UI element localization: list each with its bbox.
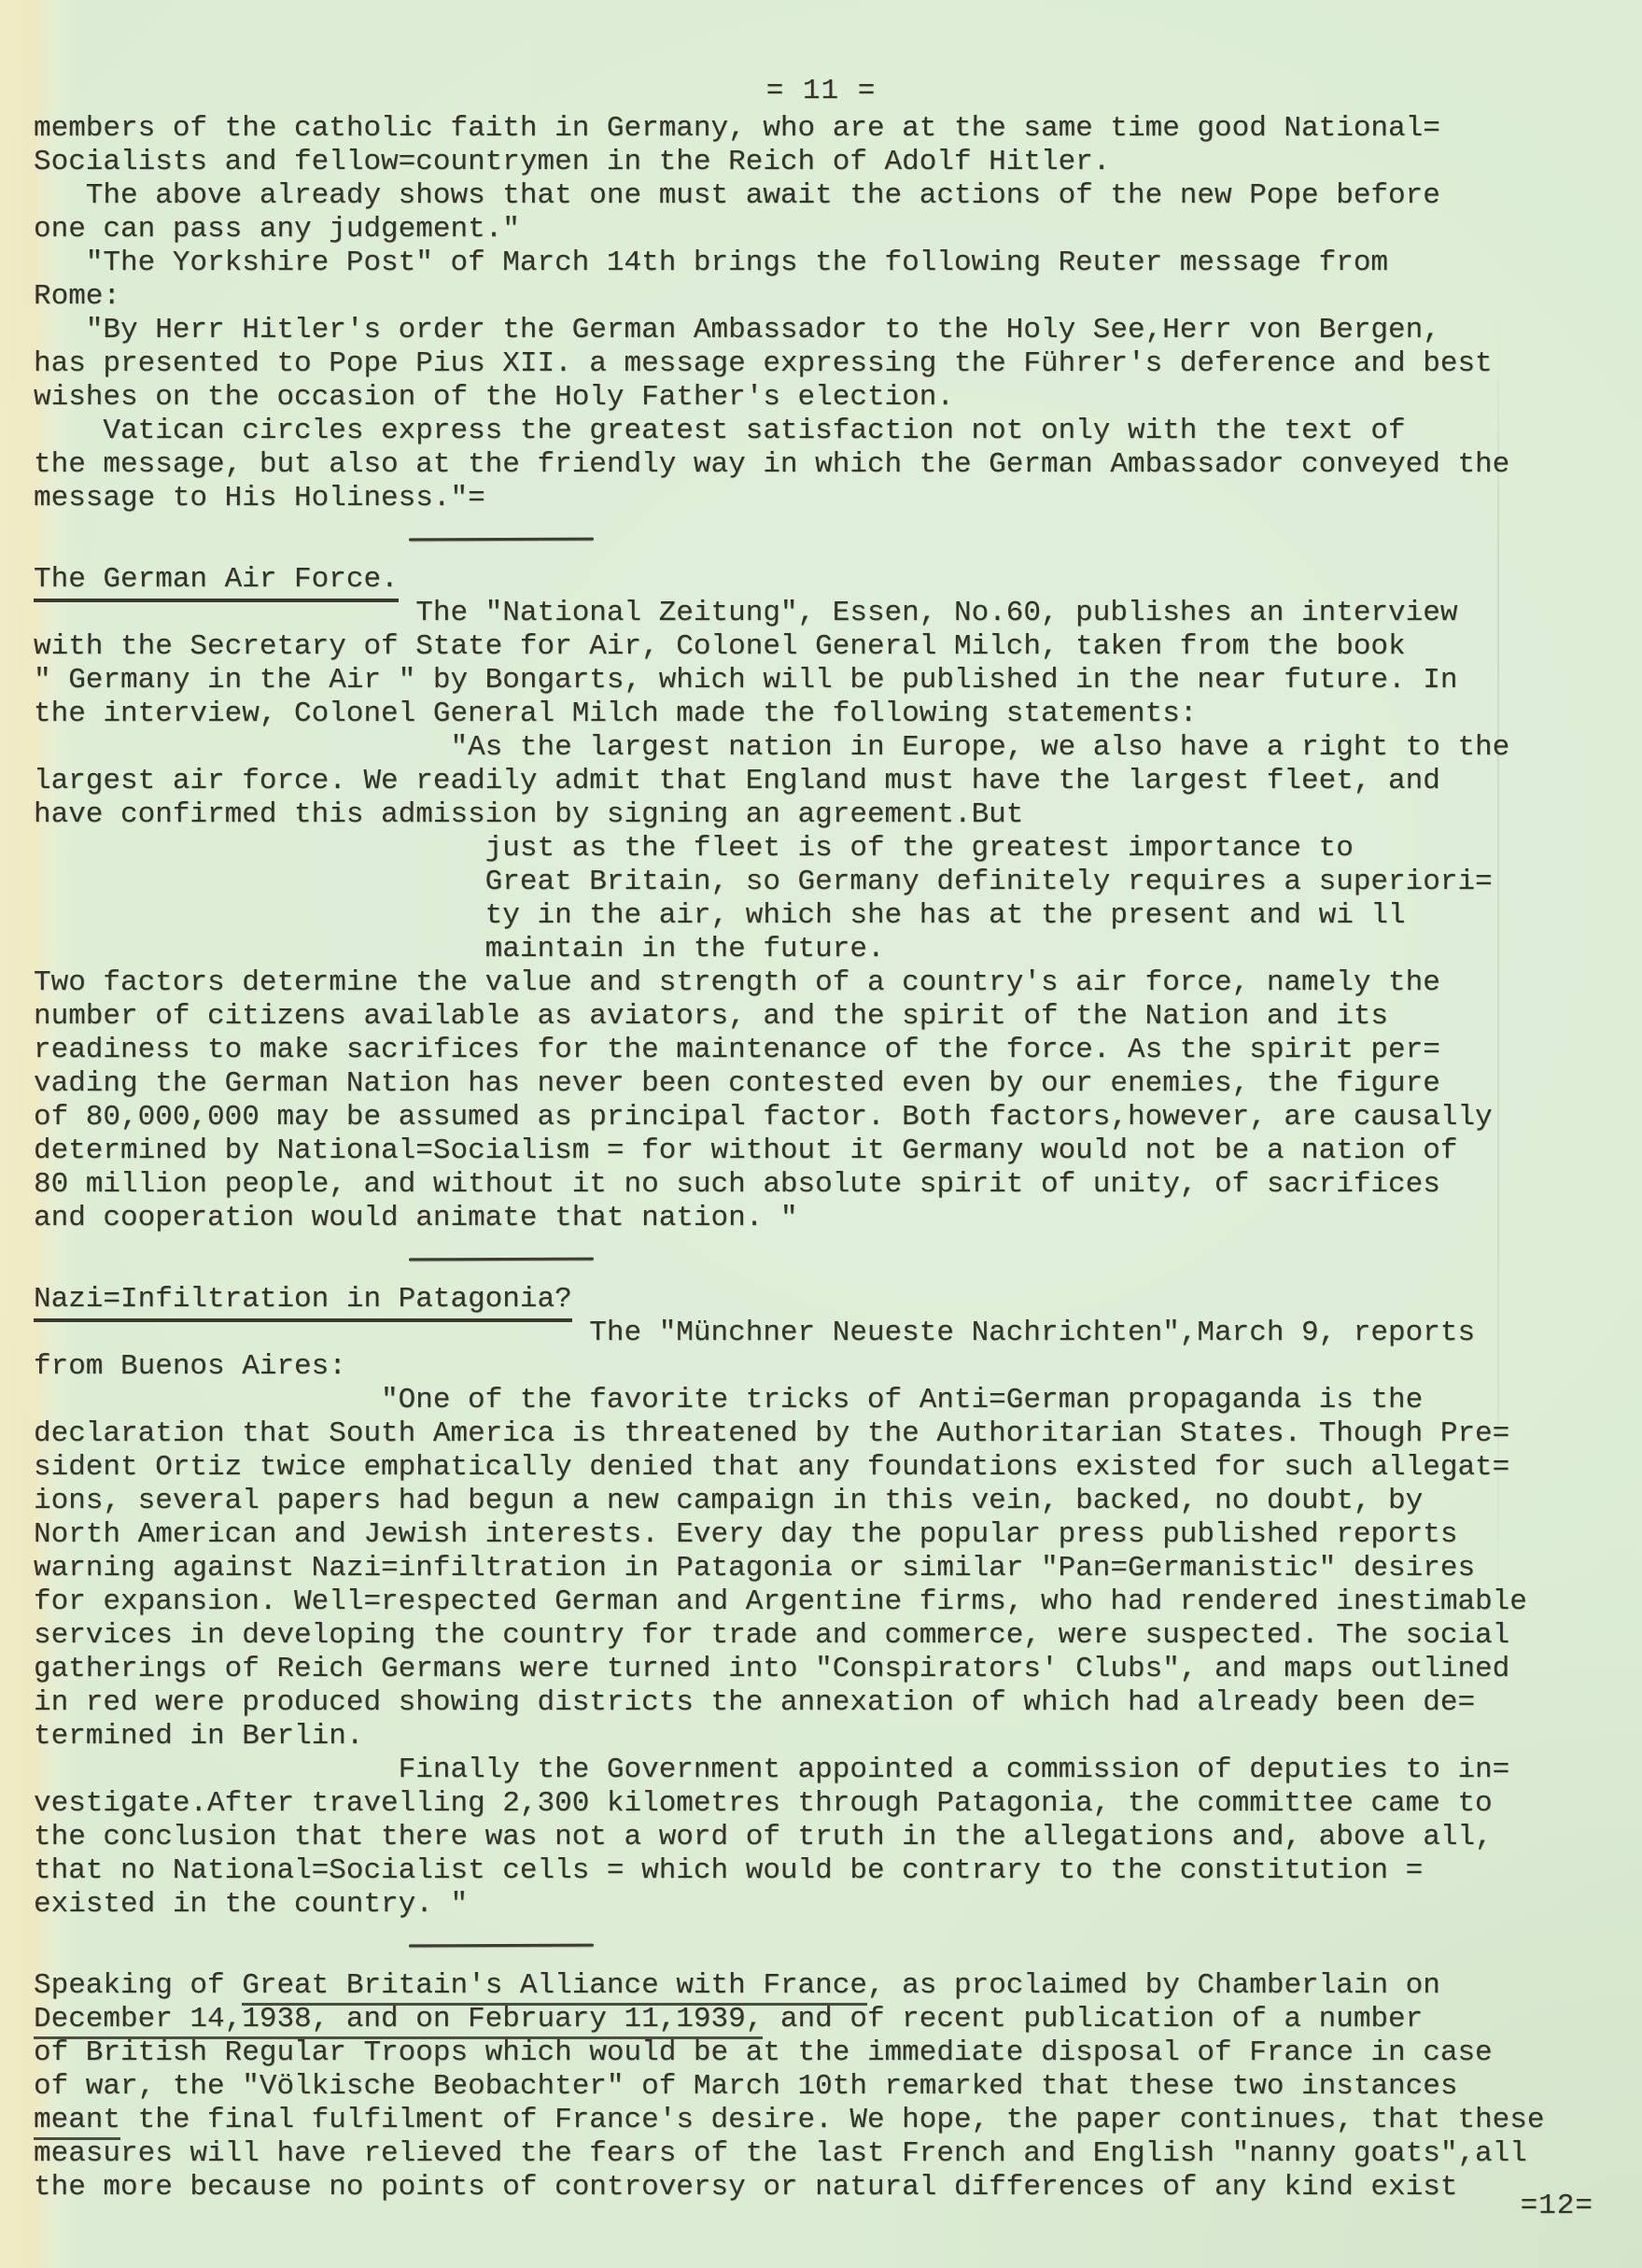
typed-text: vestigate.After travelling 2,300 kilomet… xyxy=(34,1787,1493,1820)
typed-text: the interview, Colonel General Milch mad… xyxy=(34,697,1197,730)
typed-text: Socialists and fellow=countrymen in the … xyxy=(34,146,1110,178)
document-line: the interview, Colonel General Milch mad… xyxy=(34,697,1618,731)
typed-text: declaration that South America is threat… xyxy=(34,1417,1509,1450)
typed-text: Finally the Government appointed a commi… xyxy=(399,1754,1510,1786)
document-line: "The Yorkshire Post" of March 14th bring… xyxy=(34,247,1618,280)
document-line: the more because no points of controvers… xyxy=(34,2171,1618,2205)
document-line: sident Ortiz twice emphatically denied t… xyxy=(34,1451,1618,1485)
typed-text: Rome: xyxy=(34,280,120,313)
typed-text: that no National=Socialist cells = which… xyxy=(34,1854,1423,1887)
document-line: services in developing the country for t… xyxy=(34,1619,1618,1653)
document-line: Vatican circles express the greatest sat… xyxy=(34,415,1618,448)
typed-text: The "Münchner Neueste Nachrichten",March… xyxy=(589,1317,1475,1349)
document-line: " Germany in the Air " by Bongarts, whic… xyxy=(34,664,1618,697)
document-line: of 80,000,000 may be assumed as principa… xyxy=(34,1101,1618,1134)
typed-text: the more because no points of controvers… xyxy=(34,2171,1457,2204)
document-line: Speaking of Great Britain's Alliance wit… xyxy=(34,1969,1618,2003)
document-line: the conclusion that there was not a word… xyxy=(34,1821,1618,1854)
typed-text: Speaking of xyxy=(34,1969,242,2002)
typed-text: message to His Holiness."= xyxy=(34,482,485,514)
typed-text: the final fulfilment of France's desire.… xyxy=(120,2104,1544,2136)
document-line: largest air force. We readily admit that… xyxy=(34,765,1618,798)
underlined-text: meant xyxy=(34,2104,120,2140)
typed-text: "The Yorkshire Post" of March 14th bring… xyxy=(86,247,1388,279)
typed-text: the conclusion that there was not a word… xyxy=(34,1821,1493,1853)
typed-text: vading the German Nation has never been … xyxy=(34,1067,1440,1100)
document-line: ty in the air, which she has at the pres… xyxy=(34,899,1618,933)
typed-text: 80 million people, and without it no suc… xyxy=(34,1168,1440,1201)
section-heading: The German Air Force. xyxy=(34,563,1618,597)
typed-text: of 80,000,000 may be assumed as principa… xyxy=(34,1101,1493,1134)
typed-text: in red were produced showing districts t… xyxy=(34,1686,1475,1719)
document-line: just as the fleet is of the greatest imp… xyxy=(34,832,1618,866)
document-line: gatherings of Reich Germans were turned … xyxy=(34,1653,1618,1686)
typed-text: readiness to make sacrifices for the mai… xyxy=(34,1034,1440,1066)
document-line: readiness to make sacrifices for the mai… xyxy=(34,1034,1618,1067)
document-line: meant the final fulfilment of France's d… xyxy=(34,2104,1618,2137)
document-line: in red were produced showing districts t… xyxy=(34,1686,1618,1720)
typed-text: gatherings of Reich Germans were turned … xyxy=(34,1653,1509,1685)
document-line: determined by National=Socialism = for w… xyxy=(34,1134,1618,1168)
document-line: wishes on the occasion of the Holy Fathe… xyxy=(34,381,1618,415)
document-line: members of the catholic faith in Germany… xyxy=(34,112,1618,146)
typed-text: sident Ortiz twice emphatically denied t… xyxy=(34,1451,1509,1484)
typed-text: largest air force. We readily admit that… xyxy=(34,765,1440,797)
typed-text: has presented to Pope Pius XII. a messag… xyxy=(34,347,1493,380)
typed-text: with the Secretary of State for Air, Col… xyxy=(34,630,1406,663)
typed-text: Great Britain, so Germany definitely req… xyxy=(485,866,1493,898)
document-line: has presented to Pope Pius XII. a messag… xyxy=(34,347,1618,381)
document-line: North American and Jewish interests. Eve… xyxy=(34,1518,1618,1552)
section-heading: Nazi=Infiltration in Patagonia? xyxy=(34,1283,1618,1317)
typed-text: The "National Zeitung", Essen, No.60, pu… xyxy=(415,597,1457,629)
document-line: of British Regular Troops which would be… xyxy=(34,2036,1618,2070)
typed-text: ions, several papers had begun a new cam… xyxy=(34,1485,1423,1517)
document-line: "One of the favorite tricks of Anti=Germ… xyxy=(34,1384,1618,1417)
document-line: "As the largest nation in Europe, we als… xyxy=(34,731,1618,765)
document-line: declaration that South America is threat… xyxy=(34,1417,1618,1451)
page-number-top: = 11 = xyxy=(0,75,1642,108)
typed-text: "One of the favorite tricks of Anti=Germ… xyxy=(381,1384,1423,1416)
typed-text: of British Regular Troops which would be… xyxy=(34,2036,1493,2069)
document-line: the message, but also at the friendly wa… xyxy=(34,448,1618,482)
document-line: ions, several papers had begun a new cam… xyxy=(34,1485,1618,1518)
typed-text: just as the fleet is of the greatest imp… xyxy=(485,832,1354,865)
section-divider xyxy=(409,538,594,542)
typed-text: maintain in the future. xyxy=(485,933,885,965)
typed-text: "As the largest nation in Europe, we als… xyxy=(450,731,1509,764)
typed-text: warning against Nazi=infiltration in Pat… xyxy=(34,1552,1475,1585)
typed-text: " Germany in the Air " by Bongarts, whic… xyxy=(34,664,1457,697)
underlined-text: Nazi=Infiltration in Patagonia? xyxy=(34,1283,572,1322)
section-divider xyxy=(409,1258,594,1261)
typed-text: determined by National=Socialism = for w… xyxy=(34,1134,1457,1167)
document-line: vestigate.After travelling 2,300 kilomet… xyxy=(34,1787,1618,1821)
document-line: vading the German Nation has never been … xyxy=(34,1067,1618,1101)
document-line: message to His Holiness."= xyxy=(34,482,1618,515)
typed-text: termined in Berlin. xyxy=(34,1720,363,1753)
typed-text: of war, the "Völkische Beobachter" of Ma… xyxy=(34,2070,1457,2103)
typed-text: one can pass any judgement." xyxy=(34,213,520,246)
document-line: termined in Berlin. xyxy=(34,1720,1618,1754)
typed-text: Two factors determine the value and stre… xyxy=(34,966,1440,999)
scanned-document-page: = 11 = members of the catholic faith in … xyxy=(0,0,1642,2268)
typed-text: from Buenos Aires: xyxy=(34,1350,346,1383)
document-line: that no National=Socialist cells = which… xyxy=(34,1854,1618,1888)
typed-text: and cooperation would animate that natio… xyxy=(34,1202,798,1234)
document-body: members of the catholic faith in Germany… xyxy=(34,112,1618,2205)
section-divider xyxy=(409,1944,594,1948)
document-line: existed in the country. " xyxy=(34,1888,1618,1922)
page-number-bottom: =12= xyxy=(1521,2190,1593,2223)
document-line: of war, the "Völkische Beobachter" of Ma… xyxy=(34,2070,1618,2104)
document-line: with the Secretary of State for Air, Col… xyxy=(34,630,1618,664)
document-line: warning against Nazi=infiltration in Pat… xyxy=(34,1552,1618,1585)
typed-text: Vatican circles express the greatest sat… xyxy=(103,415,1405,447)
typed-text: members of the catholic faith in Germany… xyxy=(34,112,1440,145)
document-line: have confirmed this admission by signing… xyxy=(34,798,1618,832)
document-line: one can pass any judgement." xyxy=(34,213,1618,247)
typed-text: , as proclaimed by Chamberlain on xyxy=(867,1969,1440,2002)
typed-text: services in developing the country for t… xyxy=(34,1619,1509,1652)
typed-text: for expansion. Well=respected German and… xyxy=(34,1585,1527,1618)
document-line: Two factors determine the value and stre… xyxy=(34,966,1618,1000)
document-line: from Buenos Aires: xyxy=(34,1350,1618,1384)
document-line: The above already shows that one must aw… xyxy=(34,179,1618,213)
document-line: Great Britain, so Germany definitely req… xyxy=(34,866,1618,899)
document-line: number of citizens available as aviators… xyxy=(34,1000,1618,1034)
typed-text: The above already shows that one must aw… xyxy=(86,179,1440,212)
document-line: and cooperation would animate that natio… xyxy=(34,1202,1618,1235)
typed-text: measures will have relieved the fears of… xyxy=(34,2137,1527,2170)
document-line: December 14,1938, and on February 11,193… xyxy=(34,2003,1618,2036)
typed-text: ty in the air, which she has at the pres… xyxy=(485,899,1406,932)
document-line: 80 million people, and without it no suc… xyxy=(34,1168,1618,1202)
typed-text: the message, but also at the friendly wa… xyxy=(34,448,1509,481)
typed-text: have confirmed this admission by signing… xyxy=(34,798,1023,831)
document-line: "By Herr Hitler's order the German Ambas… xyxy=(34,314,1618,347)
typed-text: wishes on the occasion of the Holy Fathe… xyxy=(34,381,954,414)
document-line: Finally the Government appointed a commi… xyxy=(34,1754,1618,1787)
document-line: for expansion. Well=respected German and… xyxy=(34,1585,1618,1619)
typed-text: and of recent publication of a number xyxy=(763,2003,1423,2036)
document-line: Socialists and fellow=countrymen in the … xyxy=(34,146,1618,179)
typed-text: number of citizens available as aviators… xyxy=(34,1000,1388,1033)
typed-text: "By Herr Hitler's order the German Ambas… xyxy=(86,314,1440,346)
underlined-text: December 14,1938, and on February 11,193… xyxy=(34,2003,763,2039)
underlined-text: The German Air Force. xyxy=(34,563,399,602)
document-line: measures will have relieved the fears of… xyxy=(34,2137,1618,2171)
document-line: Rome: xyxy=(34,280,1618,314)
document-line: maintain in the future. xyxy=(34,933,1618,966)
typed-text: North American and Jewish interests. Eve… xyxy=(34,1518,1457,1551)
underlined-text: Great Britain's Alliance with France xyxy=(242,1969,867,2006)
typed-text: existed in the country. " xyxy=(34,1888,468,1921)
